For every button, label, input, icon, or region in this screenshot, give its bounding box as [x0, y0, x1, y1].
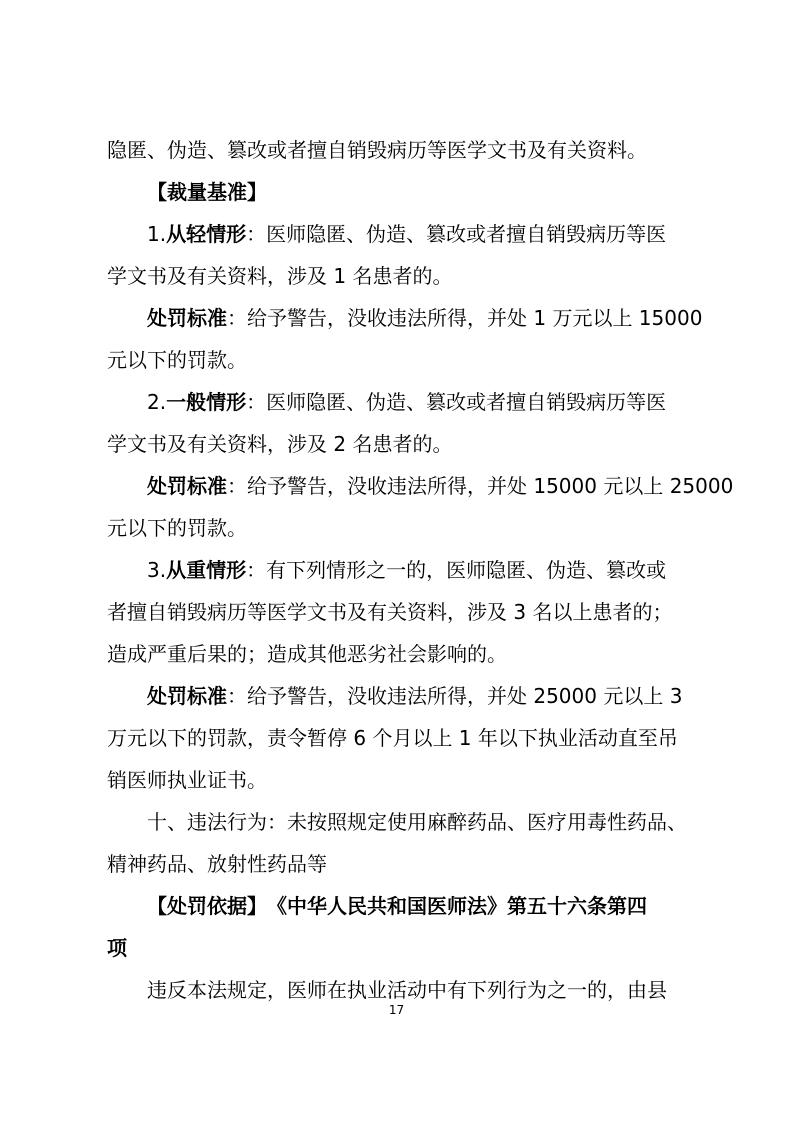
paragraph-line: 违反本法规定，医师在执业活动中有下列行为之一的，由县 [147, 978, 667, 1002]
penalty-standard-line: 处罚标准：给予警告，没收违法所得，并处 15000 元以上 25000 [147, 474, 733, 498]
heavy-circumstance-line: 3.从重情形：有下列情形之一的，医师隐匿、伪造、篡改或 [147, 558, 666, 582]
section-heading-penalty-basis: 【处罚依据】 《中华人民共和国医师法》第五十六条第四 [147, 894, 647, 918]
paragraph-line: 精神药品、放射性药品等 [107, 852, 327, 876]
violation-item-ten: 十、违法行为：未按照规定使用麻醉药品、医疗用毒性药品、 [147, 810, 687, 834]
paragraph-line: 学文书及有关资料，涉及 1 名患者的。 [107, 264, 452, 288]
light-circumstance-line: 1.从轻情形：医师隐匿、伪造、篡改或者擅自销毁病历等医 [147, 222, 666, 246]
paragraph-line: 元以下的罚款。 [107, 516, 247, 540]
paragraph-line: 元以下的罚款。 [107, 348, 247, 372]
penalty-standard-line: 处罚标准：给予警告，没收违法所得，并处 25000 元以上 3 [147, 684, 682, 708]
paragraph-line: 项 [107, 936, 127, 960]
page-number: 17 [0, 1003, 793, 1017]
paragraph-line: 销医师执业证书。 [107, 768, 267, 792]
paragraph-line: 造成严重后果的；造成其他恶劣社会影响的。 [107, 642, 507, 666]
paragraph-line: 学文书及有关资料，涉及 2 名患者的。 [107, 432, 452, 456]
penalty-standard-line: 处罚标准：给予警告，没收违法所得，并处 1 万元以上 15000 [147, 306, 702, 330]
general-circumstance-line: 2.一般情形：医师隐匿、伪造、篡改或者擅自销毁病历等医 [147, 390, 666, 414]
paragraph-line: 者擅自销毁病历等医学文书及有关资料，涉及 3 名以上患者的； [107, 600, 672, 624]
paragraph-line: 隐匿、伪造、篡改或者擅自销毁病历等医学文书及有关资料。 [107, 138, 647, 162]
paragraph-line: 万元以下的罚款，责令暂停 6 个月以上 1 年以下执业活动直至吊 [107, 726, 678, 750]
section-heading-discretion-standard: 【裁量基准】 [147, 180, 267, 204]
